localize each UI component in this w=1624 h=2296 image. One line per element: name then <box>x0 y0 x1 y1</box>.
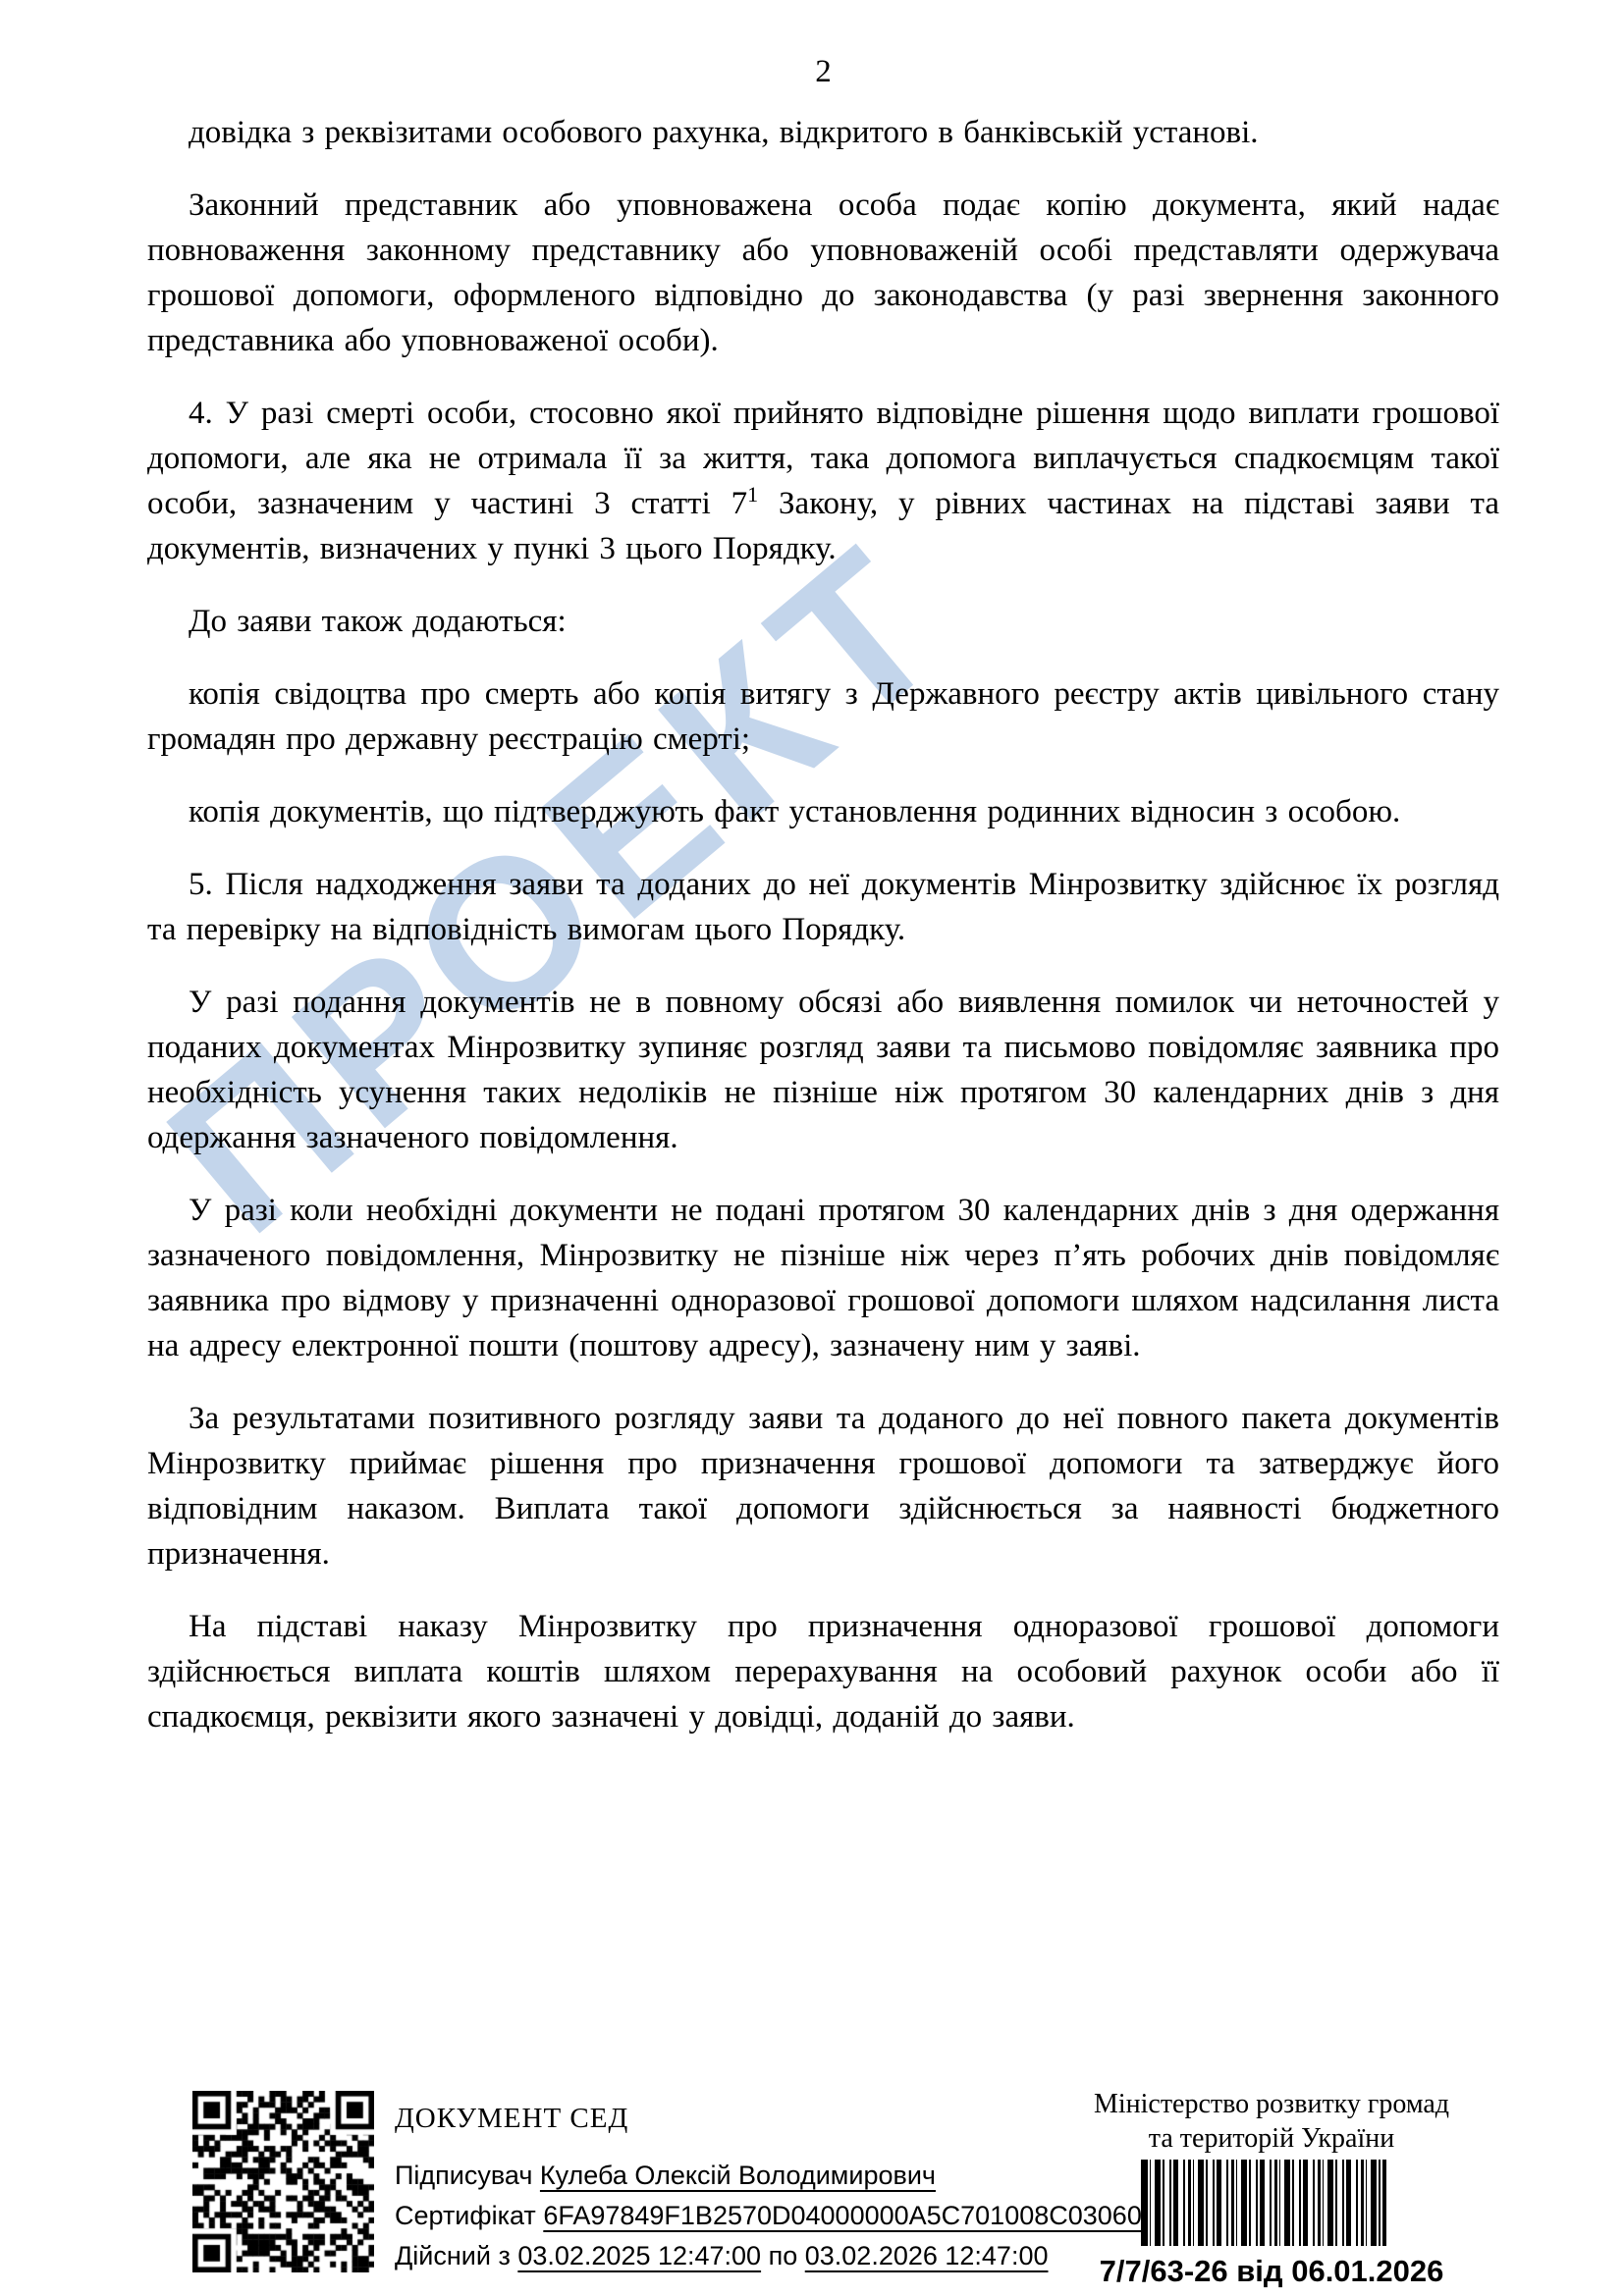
ministry-name-line2: та територій України <box>1041 2121 1502 2156</box>
document-page: ПРОЕКТ 2 довідка з реквізитами особового… <box>0 0 1624 2296</box>
qr-code <box>192 2091 374 2272</box>
paragraph-attachments-intro: До заяви також додаються: <box>147 599 1499 644</box>
paragraph-payment-order: На підставі наказу Мінрозвитку про призн… <box>147 1604 1499 1739</box>
certificate-number: 6FA97849F1B2570D04000000A5C701008C030600 <box>543 2201 1157 2230</box>
document-body: довідка з реквізитами особового рахунка,… <box>147 90 1499 1739</box>
signer-name: Кулеба Олексій Володимирович <box>540 2161 936 2190</box>
paragraph-legal-representative: Законний представник або уповноважена ос… <box>147 183 1499 363</box>
paragraph-family-relation: копія документів, що підтверджують факт … <box>147 789 1499 834</box>
statute-superscript: 1 <box>747 482 758 507</box>
registration-barcode <box>1141 2160 1386 2246</box>
paragraph-death-certificate: копія свідоцтва про смерть або копія вит… <box>147 671 1499 762</box>
signer-label: Підписувач <box>395 2161 532 2190</box>
paragraph-incomplete-documents: У разі подання документів не в повному о… <box>147 980 1499 1160</box>
validity-label: Дійсний з <box>395 2241 511 2270</box>
certificate-line: Сертифікат 6FA97849F1B2570D04000000A5C70… <box>395 2196 1157 2236</box>
paragraph-refusal: У разі коли необхідні документи не подан… <box>147 1188 1499 1368</box>
paragraph-bank-details: довідка з реквізитами особового рахунка,… <box>147 110 1499 155</box>
sed-document-label: ДОКУМЕНТ СЕД <box>395 2103 628 2135</box>
paragraph-item-5: 5. Після надходження заяви та доданих до… <box>147 862 1499 952</box>
validity-separator: по <box>769 2241 798 2270</box>
validity-from: 03.02.2025 12:47:00 <box>517 2241 761 2270</box>
signer-line: Підписувач Кулеба Олексій Володимирович <box>395 2156 1157 2196</box>
registration-number: 7/7/63-26 від 06.01.2026 <box>1041 2254 1502 2289</box>
ministry-name: Міністерство розвитку громад та територі… <box>1041 2087 1502 2156</box>
paragraph-positive-decision: За результатами позитивного розгляду зая… <box>147 1396 1499 1576</box>
ministry-name-line1: Міністерство розвитку громад <box>1041 2087 1502 2121</box>
paragraph-item-4: 4. У разі смерті особи, стосовно якої пр… <box>147 391 1499 571</box>
certificate-label: Сертифікат <box>395 2201 536 2230</box>
page-number: 2 <box>147 54 1499 90</box>
validity-to: 03.02.2026 12:47:00 <box>805 2241 1049 2270</box>
